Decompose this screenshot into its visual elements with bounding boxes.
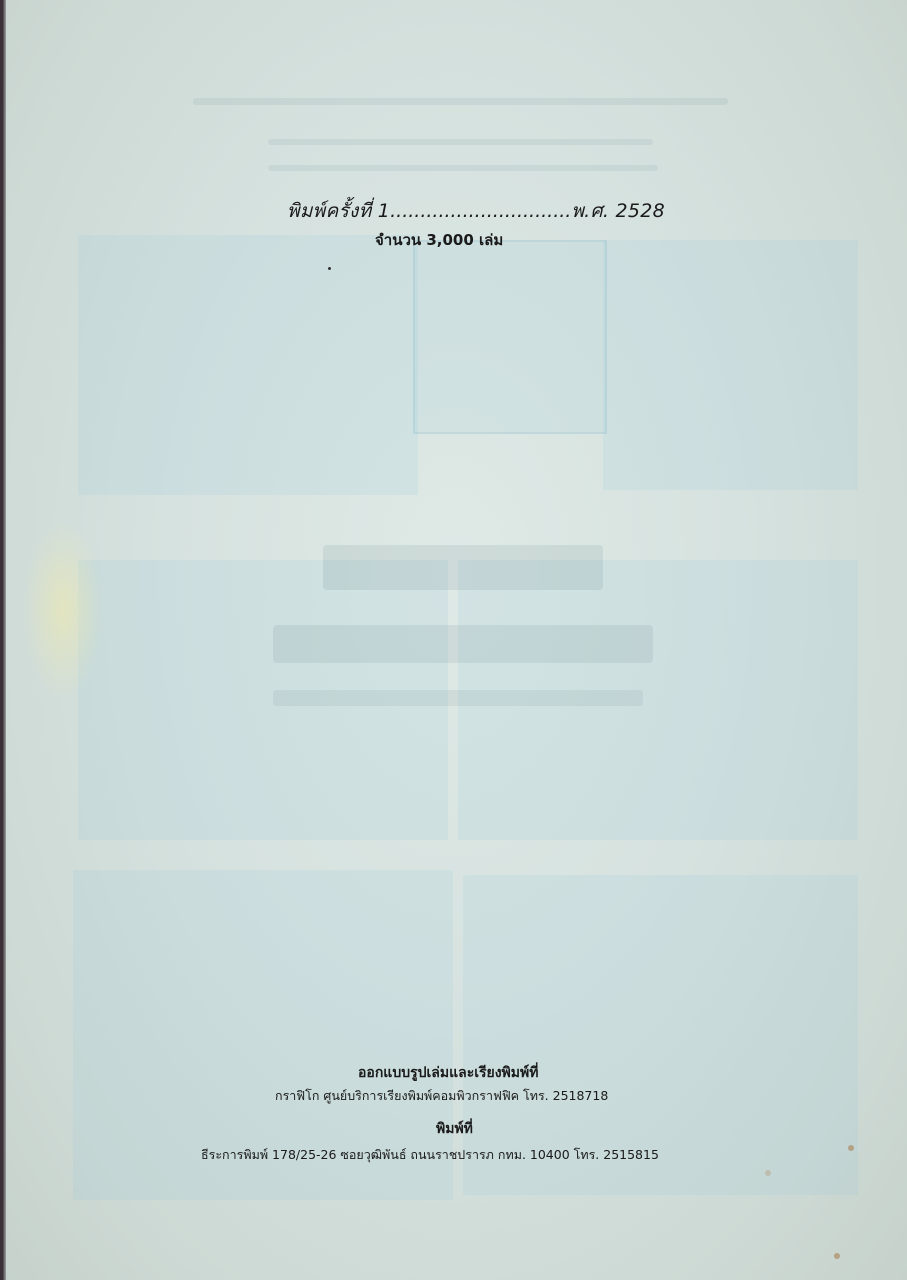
edition-label: พิมพ์ครั้งที่ 1 <box>287 200 390 222</box>
show-through-text <box>268 139 653 145</box>
colophon-page: พิมพ์ครั้งที่ 1.........................… <box>3 0 907 1280</box>
edition-year: พ.ศ. 2528 <box>571 200 665 222</box>
foxing-spot <box>765 1170 771 1176</box>
show-through-image <box>603 240 858 490</box>
show-through-image <box>413 240 607 434</box>
design-credit-detail: กราฟิโก ศูนย์บริการเรียงพิมพ์คอมพิวกราฟฟ… <box>275 1086 608 1106</box>
printer-credit-detail: ธีระการพิมพ์ 178/25-26 ซอยวุฒิพันธ์ ถนนร… <box>201 1145 659 1165</box>
show-through-text <box>193 98 728 105</box>
ink-dot <box>328 267 331 270</box>
foxing-spot <box>834 1253 840 1259</box>
show-through-caption <box>273 690 643 706</box>
show-through-title <box>323 545 603 590</box>
edition-leader: .............................. <box>390 200 571 222</box>
edition-line: พิมพ์ครั้งที่ 1.........................… <box>287 196 665 226</box>
printer-credit-heading: พิมพ์ที่ <box>436 1118 473 1140</box>
print-run: จำนวน 3,000 เล่ม <box>375 228 503 252</box>
paper-stain <box>23 520 103 700</box>
design-credit-heading: ออกแบบรูปเล่มและเรียงพิมพ์ที่ <box>358 1062 538 1084</box>
page-edge <box>3 0 6 1280</box>
foxing-spot <box>848 1145 854 1151</box>
show-through-text <box>268 165 658 171</box>
show-through-subtitle <box>273 625 653 663</box>
show-through-image <box>78 235 418 495</box>
